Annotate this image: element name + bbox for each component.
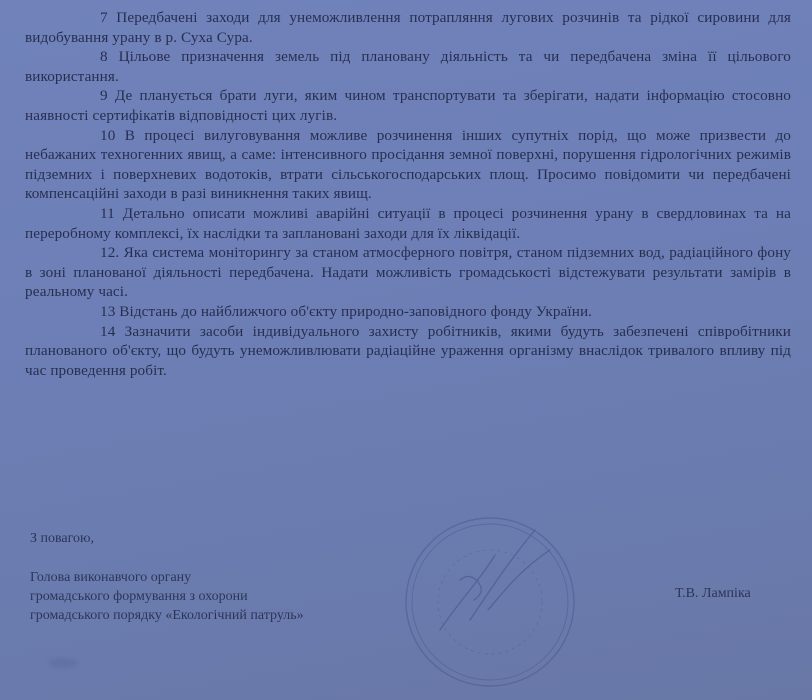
- scan-smudge: [48, 658, 78, 668]
- signatory-title-line-2: громадського формування з охорони: [30, 587, 304, 606]
- round-seal-stamp-icon: [400, 510, 580, 690]
- signatory-title-line-3: громадського порядку «Екологічний патрул…: [30, 606, 304, 625]
- paragraph-7: 7 Передбачені заходи для унеможливлення …: [25, 8, 791, 47]
- signatory-title-block: Голова виконавчого органу громадського ф…: [30, 568, 304, 625]
- paragraph-14: 14 Зазначити засоби індивідуального захи…: [25, 322, 791, 381]
- scanned-letter-page: 7 Передбачені заходи для унеможливлення …: [0, 0, 812, 700]
- signatory-name: Т.В. Лампіка: [675, 586, 751, 602]
- letter-body: 7 Передбачені заходи для унеможливлення …: [25, 8, 791, 380]
- paragraph-12: 12. Яка система моніторингу за станом ат…: [25, 243, 791, 302]
- paragraph-9: 9 Де планується брати луги, яким чином т…: [25, 86, 791, 125]
- paragraph-10: 10 В процесі вилуговування можливе розчи…: [25, 126, 791, 204]
- closing-salutation: З повагою,: [30, 530, 94, 548]
- paragraph-13: 13 Відстань до найближчого об'єкту приро…: [25, 302, 791, 322]
- paragraph-8: 8 Цільове призначення земель під планова…: [25, 47, 791, 86]
- paragraph-11: 11 Детально описати можливі аварійні сит…: [25, 204, 791, 243]
- signatory-title-line-1: Голова виконавчого органу: [30, 568, 304, 587]
